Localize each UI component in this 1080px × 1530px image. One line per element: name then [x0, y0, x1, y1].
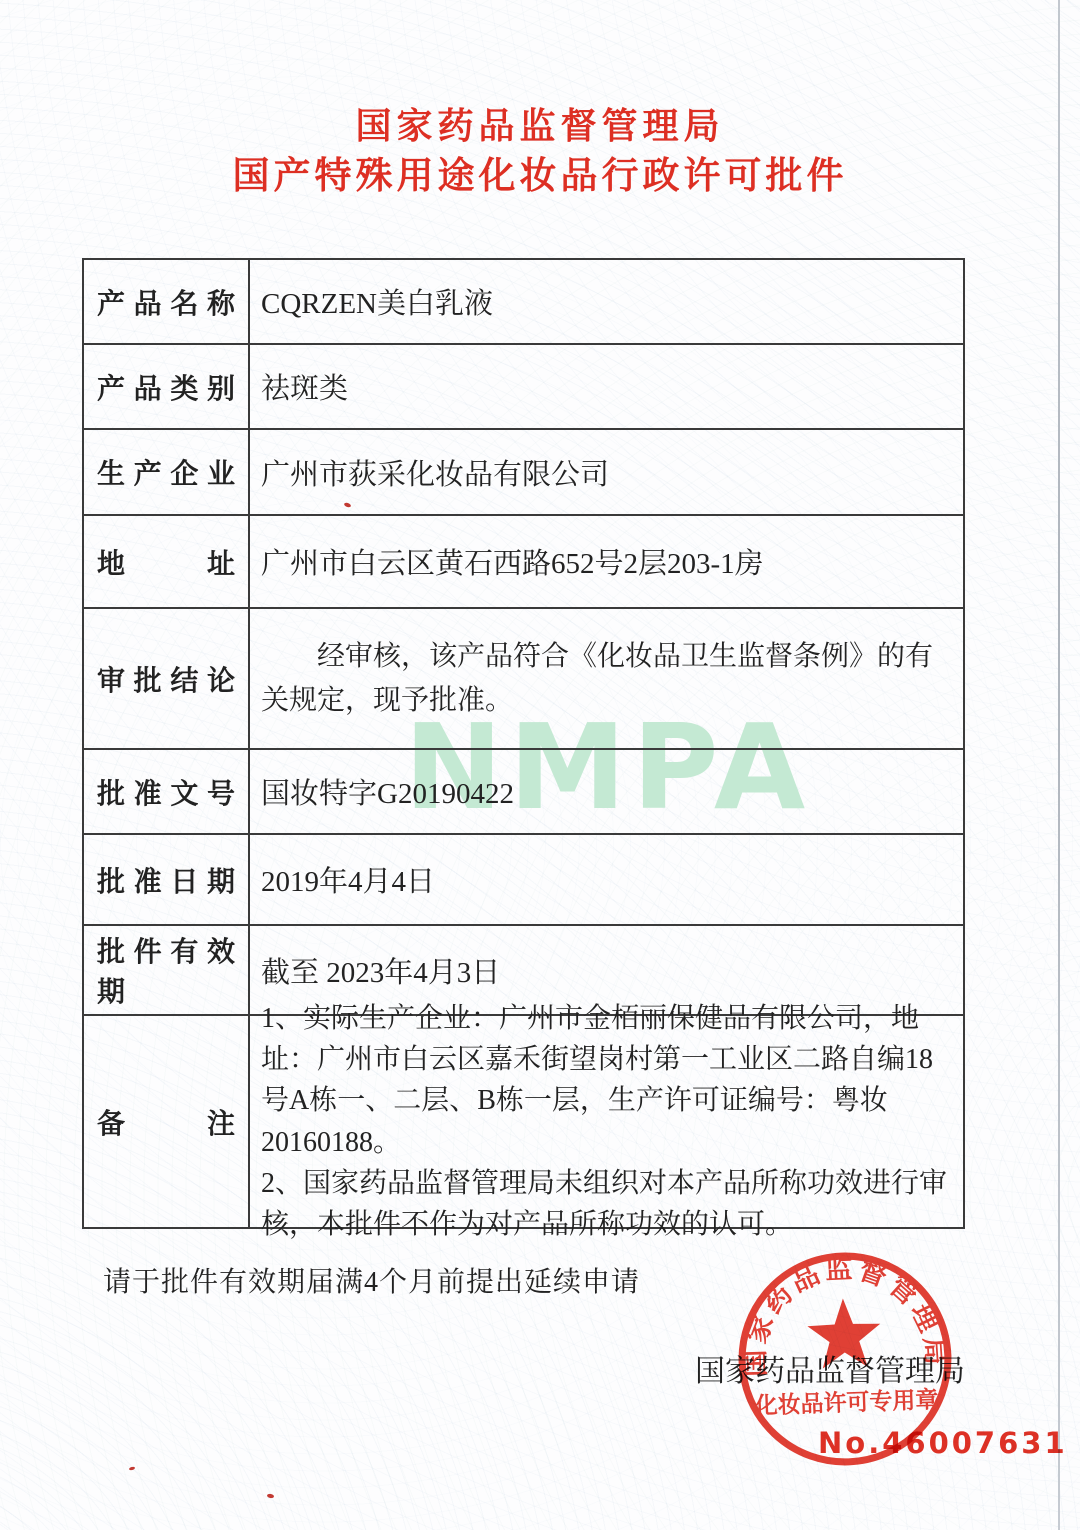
row-label: 批准文号 [84, 750, 250, 833]
remark-item-1: 1、实际生产企业：广州市金栢丽保健品有限公司，地址：广州市白云区嘉禾街望岗村第一… [261, 998, 959, 1163]
scan-page-edge [1058, 0, 1060, 1530]
row-value: CQRZEN美白乳液 [250, 260, 963, 343]
ink-speck [129, 1466, 136, 1470]
row-value: 2019年4月4日 [250, 835, 963, 924]
row-label: 产品类别 [84, 345, 250, 428]
row-label: 备注 [84, 1016, 250, 1227]
row-value: 祛斑类 [250, 345, 963, 428]
row-value: 广州市白云区黄石西路652号2层203-1房 [250, 516, 963, 607]
row-label: 地址 [84, 516, 250, 607]
document-subtitle: 国产特殊用途化妆品行政许可批件 [0, 145, 1080, 199]
approval-conclusion-text: 经审核，该产品符合《化妆品卫生监督条例》的有关规定，现予批准。 [261, 635, 959, 722]
row-value: 1、实际生产企业：广州市金栢丽保健品有限公司，地址：广州市白云区嘉禾街望岗村第一… [250, 1016, 963, 1227]
table-row-manufacturer: 生产企业 广州市荻采化妆品有限公司 [84, 430, 963, 516]
row-value: 广州市荻采化妆品有限公司 [250, 430, 963, 514]
seal-inner-text: 化妆品许可专用章 [753, 1386, 938, 1419]
table-row-product-name: 产品名称 CQRZEN美白乳液 [84, 260, 963, 345]
row-label: 批准日期 [84, 835, 250, 924]
seal-star-icon [806, 1297, 881, 1369]
license-document: { "page": { "title_line1": "国家药品监督管理局", … [0, 0, 1080, 1530]
row-label: 批件有效期 [84, 926, 250, 1014]
table-row-approval-date: 批准日期 2019年4月4日 [84, 835, 963, 926]
remark-item-2: 2、国家药品监督管理局未组织对本产品所称功效进行审核，本批件不作为对产品所称功效… [261, 1163, 959, 1245]
seal-serial-number: No.46007631 [818, 1426, 1068, 1460]
row-value: 经审核，该产品符合《化妆品卫生监督条例》的有关规定，现予批准。 [250, 609, 963, 748]
row-label: 审批结论 [84, 609, 250, 748]
license-table: 产品名称 CQRZEN美白乳液 产品类别 祛斑类 生产企业 广州市荻采化妆品有限… [82, 258, 965, 1229]
row-value: 国妆特字G20190422 [250, 750, 963, 833]
table-row-approval-conclusion: 审批结论 经审核，该产品符合《化妆品卫生监督条例》的有关规定，现予批准。 [84, 609, 963, 750]
ink-speck [267, 1493, 275, 1498]
row-label: 生产企业 [84, 430, 250, 514]
table-row-address: 地址 广州市白云区黄石西路652号2层203-1房 [84, 516, 963, 609]
table-row-product-category: 产品类别 祛斑类 [84, 345, 963, 430]
document-title: 国家药品监督管理局 [0, 98, 1080, 149]
table-row-remarks: 备注 1、实际生产企业：广州市金栢丽保健品有限公司，地址：广州市白云区嘉禾街望岗… [84, 1016, 963, 1227]
renewal-note: 请于批件有效期届满4个月前提出延续申请 [103, 1260, 640, 1300]
row-label: 产品名称 [84, 260, 250, 343]
table-row-approval-number: 批准文号 国妆特字G20190422 [84, 750, 963, 835]
